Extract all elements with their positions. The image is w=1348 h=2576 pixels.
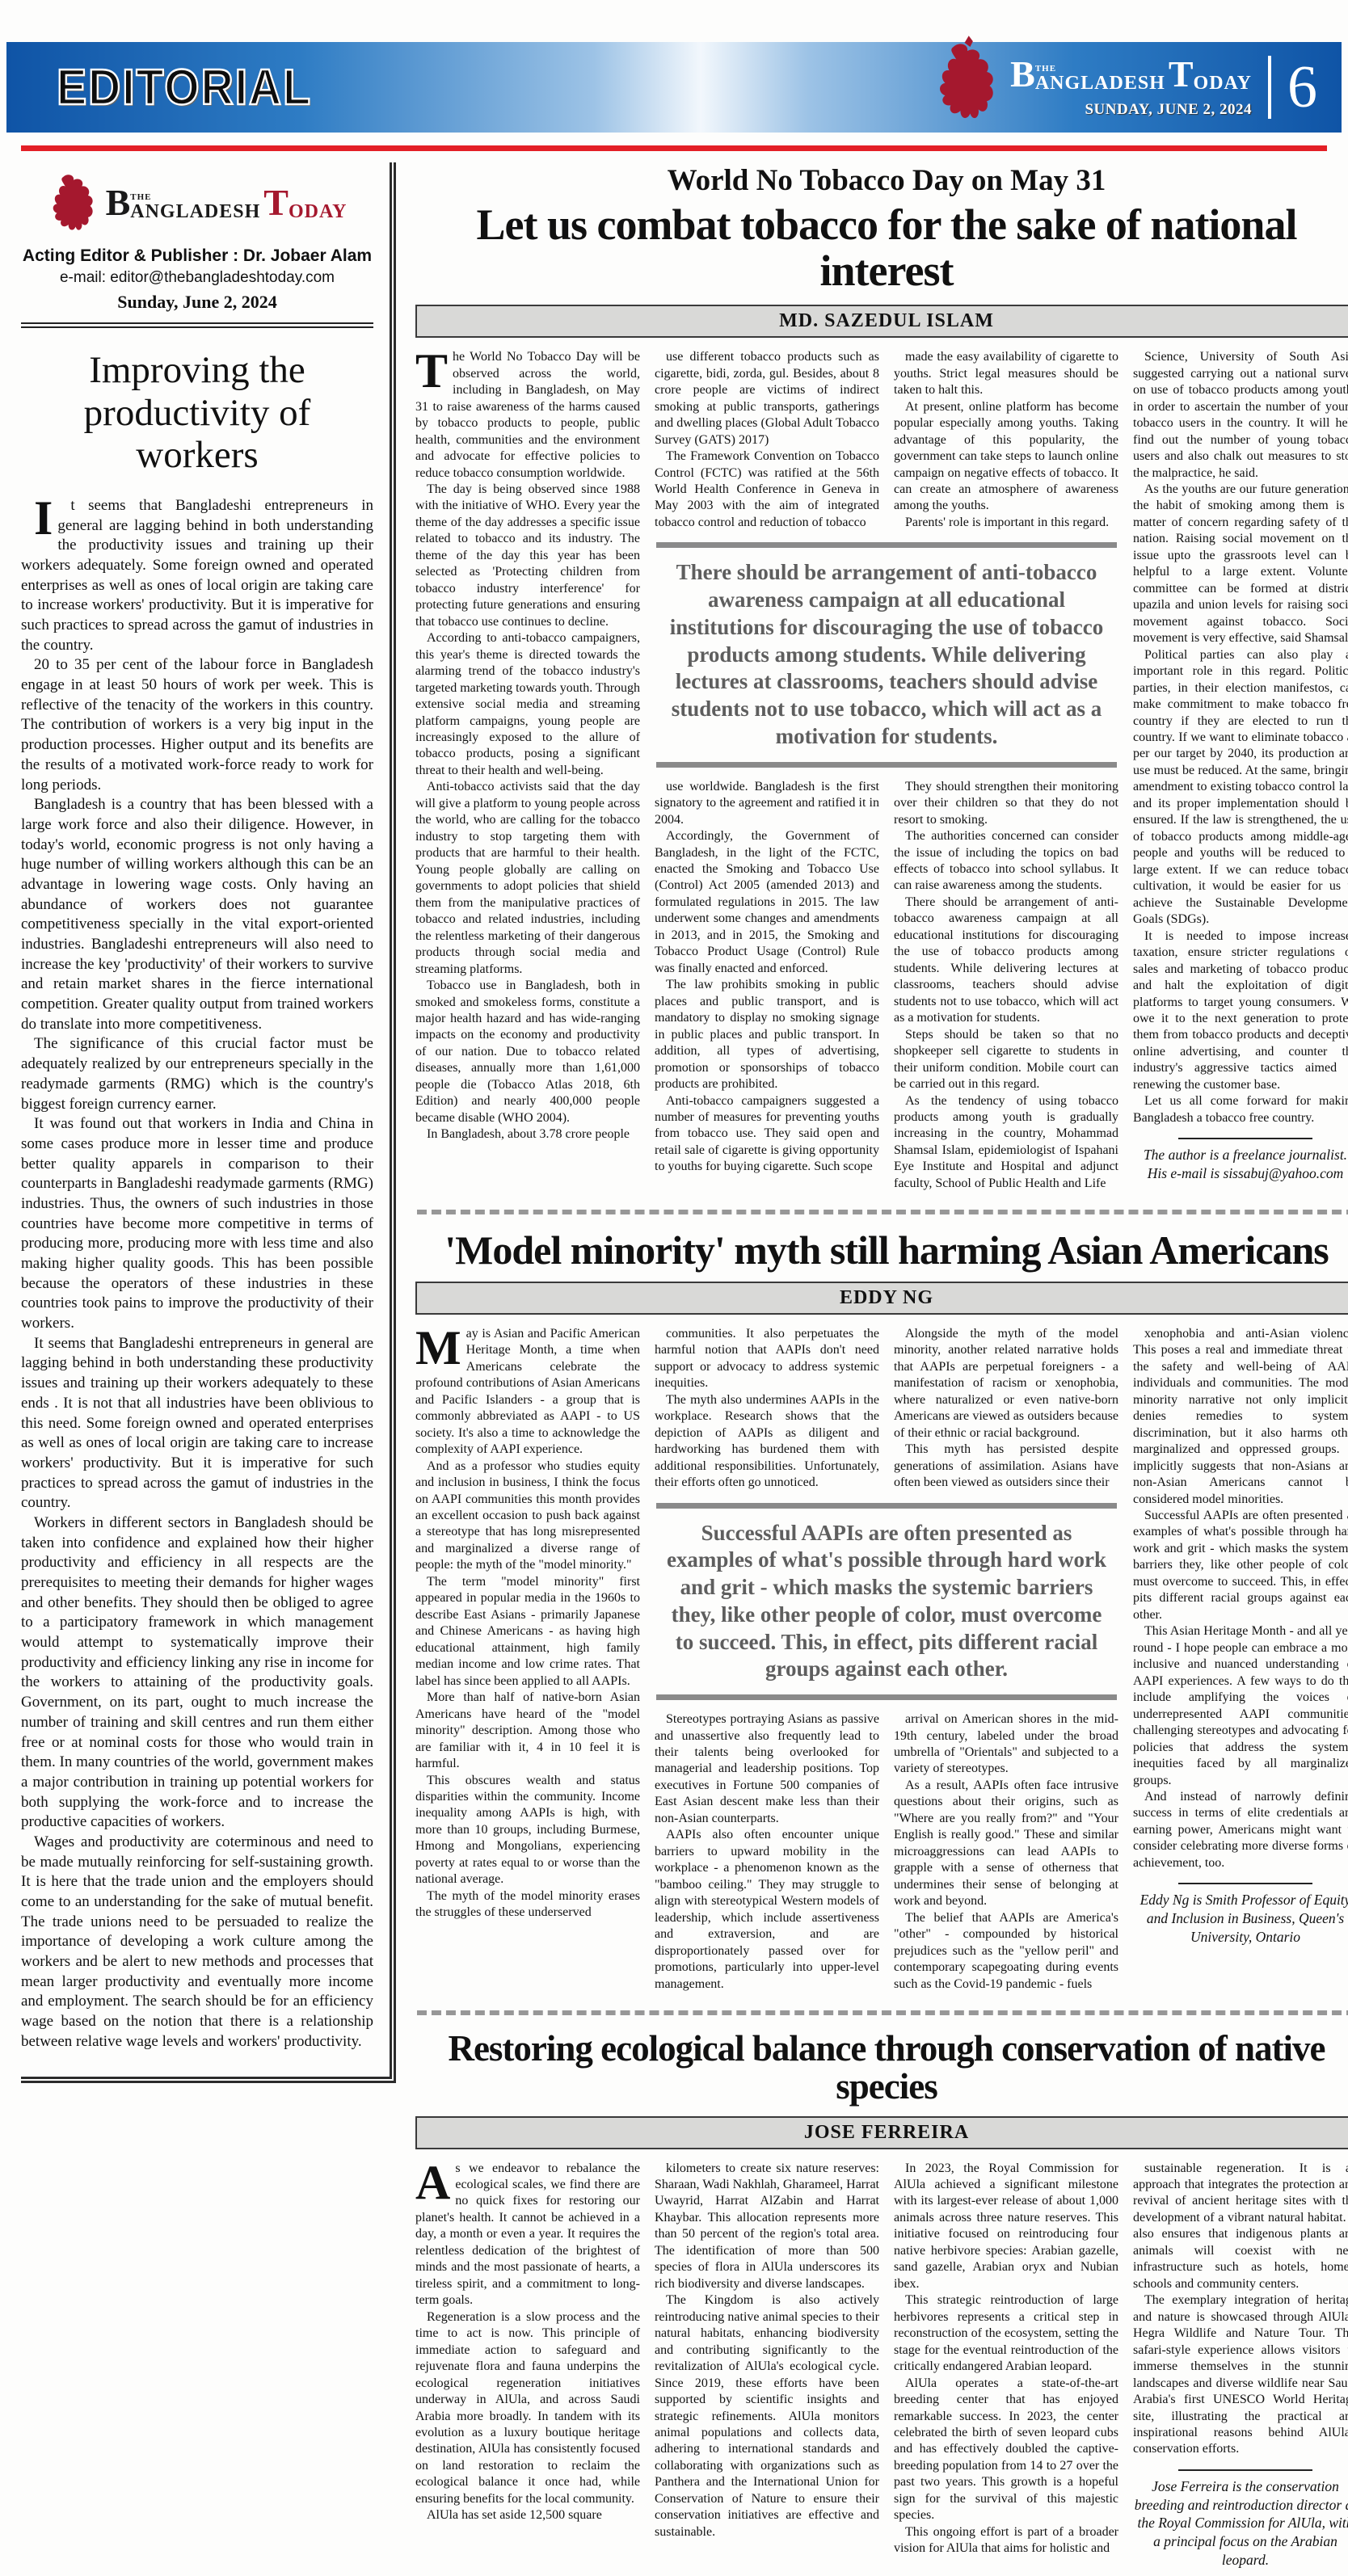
paragraph: 20 to 35 per cent of the labour force in… — [21, 655, 373, 795]
logo-angladesh: ANGLADESH — [1035, 74, 1165, 93]
paragraph: use worldwide. Bangladesh is the first s… — [655, 779, 879, 828]
header-date: SUNDAY, JUNE 2, 2024 — [1085, 101, 1252, 119]
newspaper-page: EDITORIAL BTHEANGLADESHTODAY SUNDAY, JUN… — [0, 0, 1348, 2576]
paragraph: As the tendency of using tobacco product… — [894, 1093, 1118, 1193]
paragraph: The law prohibits smoking in public plac… — [655, 977, 879, 1092]
paragraph: They should strengthen their monitoring … — [894, 779, 1118, 828]
byline-bar: MD. SAZEDUL ISLAM — [415, 305, 1348, 338]
article-headline: Let us combat tobacco for the sake of na… — [415, 202, 1348, 293]
paragraph: use different tobacco products such as c… — [655, 349, 879, 448]
paragraph: Steps should be taken so that no shopkee… — [894, 1027, 1118, 1093]
paragraph: AlUla operates a state-of-the-art breedi… — [894, 2376, 1118, 2524]
paragraph: Science, University of South Asia, sugge… — [1133, 349, 1348, 482]
paragraph: kilometers to create six nature reserves… — [655, 2161, 879, 2293]
logo-angladesh: ANGLADESH — [130, 202, 260, 221]
paragraph: There should be arrangement of anti-toba… — [894, 894, 1118, 1027]
paragraph: According to anti-tobacco campaigners, t… — [415, 630, 640, 779]
paragraph: The exemplary integration of heritage an… — [1133, 2292, 1348, 2458]
publisher-line: Acting Editor & Publisher : Dr. Jobaer A… — [21, 246, 373, 266]
paragraph: communities. It also perpetuates the har… — [655, 1326, 879, 1392]
header-divider — [1268, 56, 1271, 119]
paragraph: May is Asian and Pacific American Herita… — [415, 1326, 640, 1458]
article-column-4: sustainable regeneration. It is an appro… — [1133, 2161, 1348, 2570]
article-kicker: World No Tobacco Day on May 31 — [415, 166, 1348, 197]
author-note: Jose Ferreira is the conservation breedi… — [1133, 2477, 1348, 2570]
article-headline: 'Model minority' myth still harming Asia… — [415, 1229, 1348, 1272]
paragraph: It was found out that workers in India a… — [21, 1114, 373, 1334]
author-note-rule — [1178, 2469, 1313, 2471]
red-rule — [21, 145, 1327, 151]
article-separator — [417, 1210, 1348, 1214]
paragraph: The World No Tobacco Day will be observe… — [415, 349, 640, 482]
paragraph: Alongside the myth of the model minority… — [894, 1326, 1118, 1442]
article-column-2: kilometers to create six nature reserves… — [655, 2161, 879, 2570]
paragraph: The myth of the model minority erases th… — [415, 1888, 640, 1921]
byline-bar: JOSE FERREIRA — [415, 2116, 1348, 2149]
article-column-2-top: use different tobacco products such as c… — [655, 349, 879, 531]
paragraph: As the youths are our future generations… — [1133, 482, 1348, 647]
paragraph: xenophobia and anti-Asian violence. This… — [1133, 1326, 1348, 1508]
paragraph: The myth also undermines AAPIs in the wo… — [655, 1392, 879, 1492]
article-headline: Restoring ecological balance through con… — [415, 2030, 1348, 2107]
paragraph: The day is being observed since 1988 wit… — [415, 482, 640, 630]
paragraph: And as a professor who studies equity an… — [415, 1458, 640, 1574]
article-column-3-top: Alongside the myth of the model minority… — [894, 1326, 1118, 1492]
article-separator — [417, 2010, 1348, 2015]
article-column-3-bottom: arrival on American shores in the mid-19… — [894, 1711, 1118, 1993]
paragraph: Regeneration is a slow process and the t… — [415, 2309, 640, 2508]
article-column-3-bottom: They should strengthen their monitoring … — [894, 779, 1118, 1193]
paragraph: sustainable regeneration. It is an appro… — [1133, 2161, 1348, 2293]
main-column: World No Tobacco Day on May 31 Let us co… — [415, 162, 1348, 2576]
logo-letter-b: B — [106, 184, 131, 221]
masthead-rule — [21, 322, 373, 328]
email-line: e-mail: editor@thebangladeshtoday.com — [21, 269, 373, 287]
article-column-1: As we endeavor to rebalance the ecologic… — [415, 2161, 640, 2570]
logo-oday: ODAY — [289, 202, 347, 221]
paragraph: Wages and productivity are coterminous a… — [21, 1833, 373, 2052]
article-column-4: xenophobia and anti-Asian violence. This… — [1133, 1326, 1348, 1993]
paragraph: Workers in different sectors in Banglade… — [21, 1513, 373, 1833]
paragraph: In Bangladesh, about 3.78 crore people — [415, 1126, 640, 1143]
paragraph: This strategic reintroduction of large h… — [894, 2292, 1118, 2375]
paragraph: The belief that AAPIs are America's "oth… — [894, 1910, 1118, 1993]
paragraph: Anti-tobacco activists said that the day… — [415, 779, 640, 978]
paragraph: made the easy availability of cigarette … — [894, 349, 1118, 398]
pull-quote: Successful AAPIs are often presented as … — [656, 1503, 1117, 1701]
byline-bar: EDDY NG — [415, 1282, 1348, 1315]
paragraph: The Kingdom is also actively reintroduci… — [655, 2292, 879, 2540]
paragraph: It seems that Bangladeshi entrepreneurs … — [21, 1334, 373, 1513]
masthead: BTHEANGLADESHTODAY Acting Editor & Publi… — [21, 167, 373, 328]
paragraph: arrival on American shores in the mid-19… — [894, 1711, 1118, 1778]
paragraph: Stereotypes portraying Asians as passive… — [655, 1711, 879, 1827]
article-middle-columns: communities. It also perpetuates the har… — [655, 1326, 1118, 1993]
logo-oday: ODAY — [1194, 74, 1252, 93]
article-column-3-top: made the easy availability of cigarette … — [894, 349, 1118, 531]
logo-letter-b: B — [1010, 56, 1035, 93]
article-column-2-top: communities. It also perpetuates the har… — [655, 1326, 879, 1492]
paragraph: In 2023, the Royal Commission for AlUla … — [894, 2161, 1118, 2293]
author-note: The author is a freelance journalist. Hi… — [1133, 1146, 1348, 1183]
author-note-rule — [1178, 1138, 1313, 1139]
masthead-logo: BTHEANGLADESHTODAY — [106, 184, 348, 221]
paragraph: AAPIs also often encounter unique barrie… — [655, 1827, 879, 1993]
masthead-date: Sunday, June 2, 2024 — [21, 292, 373, 313]
article-column-3: In 2023, the Royal Commission for AlUla … — [894, 2161, 1118, 2570]
paragraph: The term "model minority" first appeared… — [415, 1574, 640, 1690]
paragraph: Tobacco use in Bangladesh, both in smoke… — [415, 978, 640, 1126]
logo-letter-t: T — [263, 184, 289, 221]
article-column-2-bottom: use worldwide. Bangladesh is the first s… — [655, 779, 879, 1193]
header-logo-date: BTHEANGLADESHTODAY SUNDAY, JUNE 2, 2024 — [1010, 56, 1252, 119]
editorial-column: BTHEANGLADESHTODAY Acting Editor & Publi… — [21, 162, 396, 2083]
article-ecology: Restoring ecological balance through con… — [415, 2030, 1348, 2570]
paragraph: Parents' role is important in this regar… — [894, 515, 1118, 531]
paragraph: The significance of this crucial factor … — [21, 1034, 373, 1114]
paragraph: This Asian Heritage Month - and all year… — [1133, 1623, 1348, 1789]
paragraph: This ongoing effort is part of a broader… — [894, 2524, 1118, 2557]
paragraph: AlUla has set aside 12,500 square — [415, 2507, 640, 2523]
paragraph: The Framework Convention on Tobacco Cont… — [655, 448, 879, 531]
article-tobacco: World No Tobacco Day on May 31 Let us co… — [415, 166, 1348, 1192]
brand-logo: BTHEANGLADESHTODAY — [1010, 56, 1252, 93]
paragraph: Let us all come forward for making Bangl… — [1133, 1093, 1348, 1126]
section-header-bar: EDITORIAL BTHEANGLADESHTODAY SUNDAY, JUN… — [6, 42, 1342, 133]
editorial-headline: Improving the productivity of workers — [21, 349, 373, 477]
paragraph: As a result, AAPIs often face intrusive … — [894, 1778, 1118, 1910]
article-column-1: The World No Tobacco Day will be observe… — [415, 349, 640, 1192]
paragraph: At present, online platform has become p… — [894, 399, 1118, 515]
header-brand-group: BTHEANGLADESHTODAY SUNDAY, JUNE 2, 2024 … — [933, 44, 1317, 130]
pull-quote: There should be arrangement of anti-toba… — [656, 542, 1117, 767]
logo-letter-t: T — [1169, 56, 1194, 93]
paragraph: This myth has persisted despite generati… — [894, 1442, 1118, 1491]
article-column-2-bottom: Stereotypes portraying Asians as passive… — [655, 1711, 879, 1993]
author-note: Eddy Ng is Smith Professor of Equity and… — [1133, 1891, 1348, 1946]
paragraph: More than half of native-born Asian Amer… — [415, 1690, 640, 1772]
page-content: BTHEANGLADESHTODAY Acting Editor & Publi… — [0, 151, 1348, 2576]
paragraph: Political parties can also play an impor… — [1133, 647, 1348, 928]
bangladesh-map-icon — [933, 33, 1002, 130]
paragraph: This obscures wealth and status disparit… — [415, 1773, 640, 1888]
paragraph: Bangladesh is a country that has been bl… — [21, 795, 373, 1034]
paragraph: Anti-tobacco campaigners suggested a num… — [655, 1093, 879, 1176]
paragraph: It is needed to impose increased taxatio… — [1133, 928, 1348, 1094]
bangladesh-map-icon — [48, 167, 99, 238]
page-number: 6 — [1287, 53, 1317, 122]
article-column-4: Science, University of South Asia, sugge… — [1133, 349, 1348, 1192]
paragraph: Successful AAPIs are often presented as … — [1133, 1508, 1348, 1623]
paragraph: It seems that Bangladeshi entrepreneurs … — [21, 496, 373, 656]
paragraph: Accordingly, the Government of Banglades… — [655, 828, 879, 977]
article-column-1: May is Asian and Pacific American Herita… — [415, 1326, 640, 1993]
paragraph: As we endeavor to rebalance the ecologic… — [415, 2161, 640, 2309]
paragraph: And instead of narrowly defining success… — [1133, 1789, 1348, 1871]
author-note-rule — [1178, 1883, 1313, 1884]
paragraph: The authorities concerned can consider t… — [894, 828, 1118, 894]
section-title: EDITORIAL — [57, 59, 312, 116]
article-model-minority: 'Model minority' myth still harming Asia… — [415, 1229, 1348, 1993]
article-middle-columns: use different tobacco products such as c… — [655, 349, 1118, 1192]
